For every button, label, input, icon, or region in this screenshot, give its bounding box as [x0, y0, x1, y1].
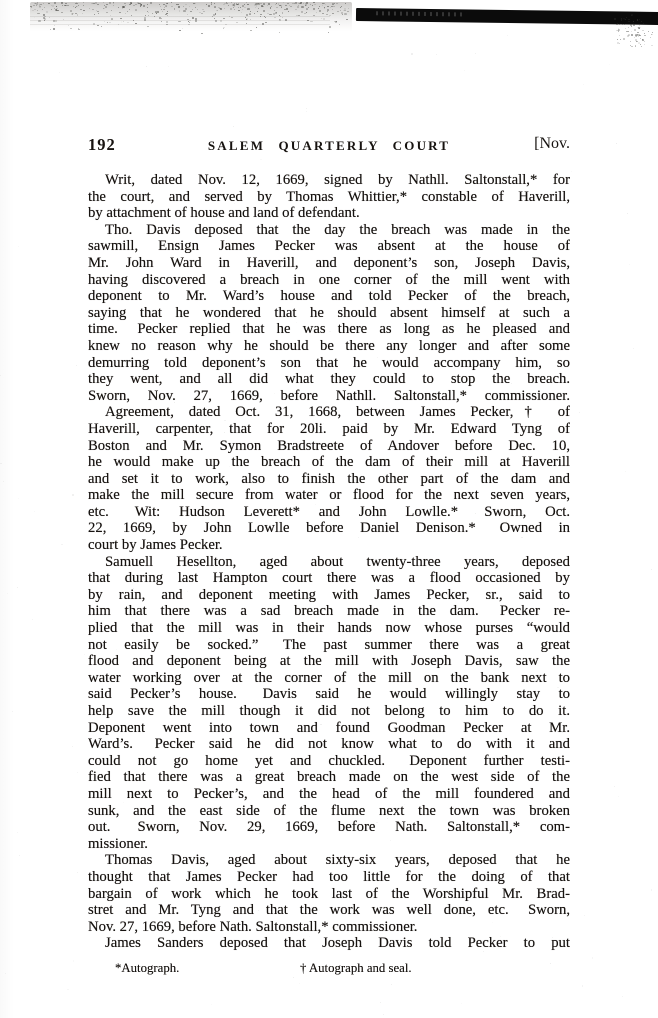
paragraph: Writ, dated Nov. 12, 1669, signed by Nat… [88, 172, 570, 222]
text-line: fied that there was a great breach made … [88, 769, 570, 786]
text-line: out. Sworn, Nov. 29, 1669, before Nath. … [88, 819, 570, 836]
paragraph: James Sanders deposed that Joseph Davis … [88, 935, 570, 952]
text-line: having discovered a breach in one corner… [88, 272, 570, 289]
text-line: time. Pecker replied that he was there a… [88, 321, 570, 338]
text-line: Deponent went into town and found Goodma… [88, 720, 570, 737]
text-line: stret and Mr. Tyng and that the work was… [88, 902, 570, 919]
text-line: Haverill, carpenter, that for 20li. paid… [88, 421, 570, 438]
text-line: water working over at the corner of the … [88, 670, 570, 687]
text-line: help save the mill though it did not bel… [88, 703, 570, 720]
text-line: Mr. John Ward in Haverill, and deponent’… [88, 255, 570, 272]
text-line: deponent to Mr. Ward’s house and told Pe… [88, 288, 570, 305]
text-line: by rain, and deponent meeting with James… [88, 587, 570, 604]
text-line: Sworn, Nov. 27, 1669, before Nathll. Sal… [88, 388, 570, 405]
text-line: and set it to work, also to finish the o… [88, 471, 570, 488]
text-line: bargain of work which he took last of th… [88, 886, 570, 903]
footnote-autograph: *Autograph. [115, 961, 179, 976]
paragraph: Samuell Hesellton, aged about twenty-thr… [88, 554, 570, 853]
text-line: sawmill, Ensign James Pecker was absent … [88, 238, 570, 255]
text-line: Tho. Davis deposed that the day the brea… [88, 222, 570, 239]
footnotes: *Autograph. † Autograph and seal. [88, 961, 570, 979]
text-line: James Sanders deposed that Joseph Davis … [88, 935, 570, 952]
text-line: demurring told deponent’s son that he wo… [88, 355, 570, 372]
text-line: missioner. [88, 836, 570, 853]
header-month-label: [Nov. [534, 135, 570, 153]
text-line: that during last Hampton court there was… [88, 570, 570, 587]
text-line: court by James Pecker. [88, 537, 570, 554]
scan-artifact-black-bar [356, 8, 658, 25]
text-line: flood and deponent being at the mill wit… [88, 653, 570, 670]
paragraph: Agreement, dated Oct. 31, 1668, between … [88, 404, 570, 553]
scanned-page: 192 SALEM QUARTERLY COURT [Nov. Writ, da… [0, 0, 658, 1018]
text-line: Writ, dated Nov. 12, 1669, signed by Nat… [88, 172, 570, 189]
text-line: mill next to Pecker’s, and the head of t… [88, 786, 570, 803]
paragraph: Tho. Davis deposed that the day the brea… [88, 222, 570, 405]
text-line: knew no reason why he should be there an… [88, 338, 570, 355]
text-line: etc. Wit: Hudson Leverett* and John Lowl… [88, 504, 570, 521]
text-line: the court, and served by Thomas Whittier… [88, 189, 570, 206]
text-line: they went, and all did what they could t… [88, 371, 570, 388]
text-line: make the mill secure from water or flood… [88, 487, 570, 504]
page-body: Writ, dated Nov. 12, 1669, signed by Nat… [88, 172, 570, 952]
text-line: thought that James Pecker had too little… [88, 869, 570, 886]
text-line: by attachment of house and land of defen… [88, 205, 570, 222]
text-line: plied that the mill was in their hands n… [88, 620, 570, 637]
text-line: not easily be socked.” The past summer t… [88, 637, 570, 654]
text-line: saying that he wondered that he should a… [88, 305, 570, 322]
text-line: Samuell Hesellton, aged about twenty-thr… [88, 554, 570, 571]
text-line: him that there was a sad breach made in … [88, 603, 570, 620]
text-line: Nov. 27, 1669, before Nath. Saltonstall,… [88, 919, 570, 936]
text-line: Agreement, dated Oct. 31, 1668, between … [88, 404, 570, 421]
text-line: could not go home yet and chuckled. Depo… [88, 753, 570, 770]
text-line: 22, 1669, by John Lowlle before Daniel D… [88, 520, 570, 537]
footnote-autograph-and-seal: † Autograph and seal. [300, 961, 412, 976]
scan-artifact-top-left [30, 2, 352, 38]
text-line: sunk, and the east side of the flume nex… [88, 803, 570, 820]
text-line: Ward’s. Pecker said he did not know what… [88, 736, 570, 753]
paragraph: Thomas Davis, aged about sixty-six years… [88, 852, 570, 935]
text-line: he would make up the breach of the dam o… [88, 454, 570, 471]
text-line: Thomas Davis, aged about sixty-six years… [88, 852, 570, 869]
page-header: 192 SALEM QUARTERLY COURT [Nov. [88, 135, 570, 155]
text-line: said Pecker’s house. Davis said he would… [88, 686, 570, 703]
text-line: Boston and Mr. Symon Bradstreete of Ando… [88, 438, 570, 455]
running-title: SALEM QUARTERLY COURT [88, 138, 570, 154]
